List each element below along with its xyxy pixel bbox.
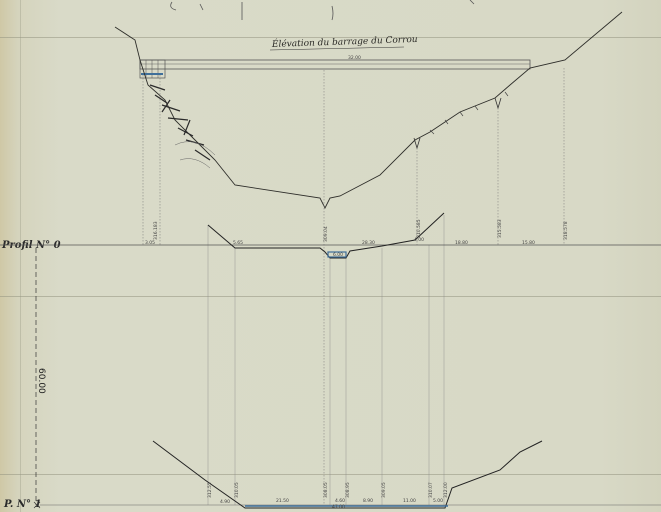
elevation-label: 308.05 xyxy=(323,482,329,498)
drawing-title: Élévation du barrage du Corrou xyxy=(271,33,418,50)
elevation-label: 315.583 xyxy=(497,219,503,238)
segment-label: 4.60 xyxy=(335,498,345,504)
rock-hatching xyxy=(150,85,210,160)
segment-label: 28.30 xyxy=(362,240,375,246)
segment-label: 15.80 xyxy=(522,240,535,246)
dam-crest: 32.00 xyxy=(140,55,530,78)
elevation-label: 312.00 xyxy=(443,482,449,498)
segment-label: 4.90 xyxy=(220,499,230,505)
right-bank-hatching xyxy=(430,92,508,134)
elevation-label: 309.04 xyxy=(323,226,329,242)
segment-label: 8.90 xyxy=(363,498,373,504)
elevation-label: 318.578 xyxy=(563,221,569,240)
segment-label: 21.50 xyxy=(276,498,289,504)
bottom-width-label: 47.00 xyxy=(332,504,345,510)
vertical-dimension-label: 60.00 xyxy=(36,368,46,394)
technical-drawing: Élévation du barrage du Corrou 32.00 xyxy=(0,0,661,512)
elevation-label: 309.05 xyxy=(381,482,387,498)
top-fragment-marks xyxy=(171,0,474,20)
elevation-label: 310.585 xyxy=(416,219,422,238)
drawing-sheet: Élévation du barrage du Corrou 32.00 xyxy=(0,0,661,512)
dam-length-label: 32.00 xyxy=(348,55,361,61)
reference-lines xyxy=(143,68,564,505)
elevation-label: 312.55 xyxy=(207,482,213,498)
elevation-label: 310.05 xyxy=(234,482,240,498)
segment-label: 18.80 xyxy=(455,240,468,246)
segment-label: 11.00 xyxy=(403,498,416,504)
channel-width-label: 6.00 xyxy=(333,252,343,258)
profile-0-label: Profil N° 0 xyxy=(1,240,61,251)
elevation-label: 316.183 xyxy=(153,221,159,240)
projection-lines xyxy=(208,215,444,505)
profile-1-label: P. N° 1 xyxy=(3,499,41,510)
elevation-label: 310.07 xyxy=(428,482,434,498)
elevation-label: 308.95 xyxy=(345,482,351,498)
segment-label: 5.65 xyxy=(233,240,243,246)
segment-label: 5.00 xyxy=(433,498,443,504)
